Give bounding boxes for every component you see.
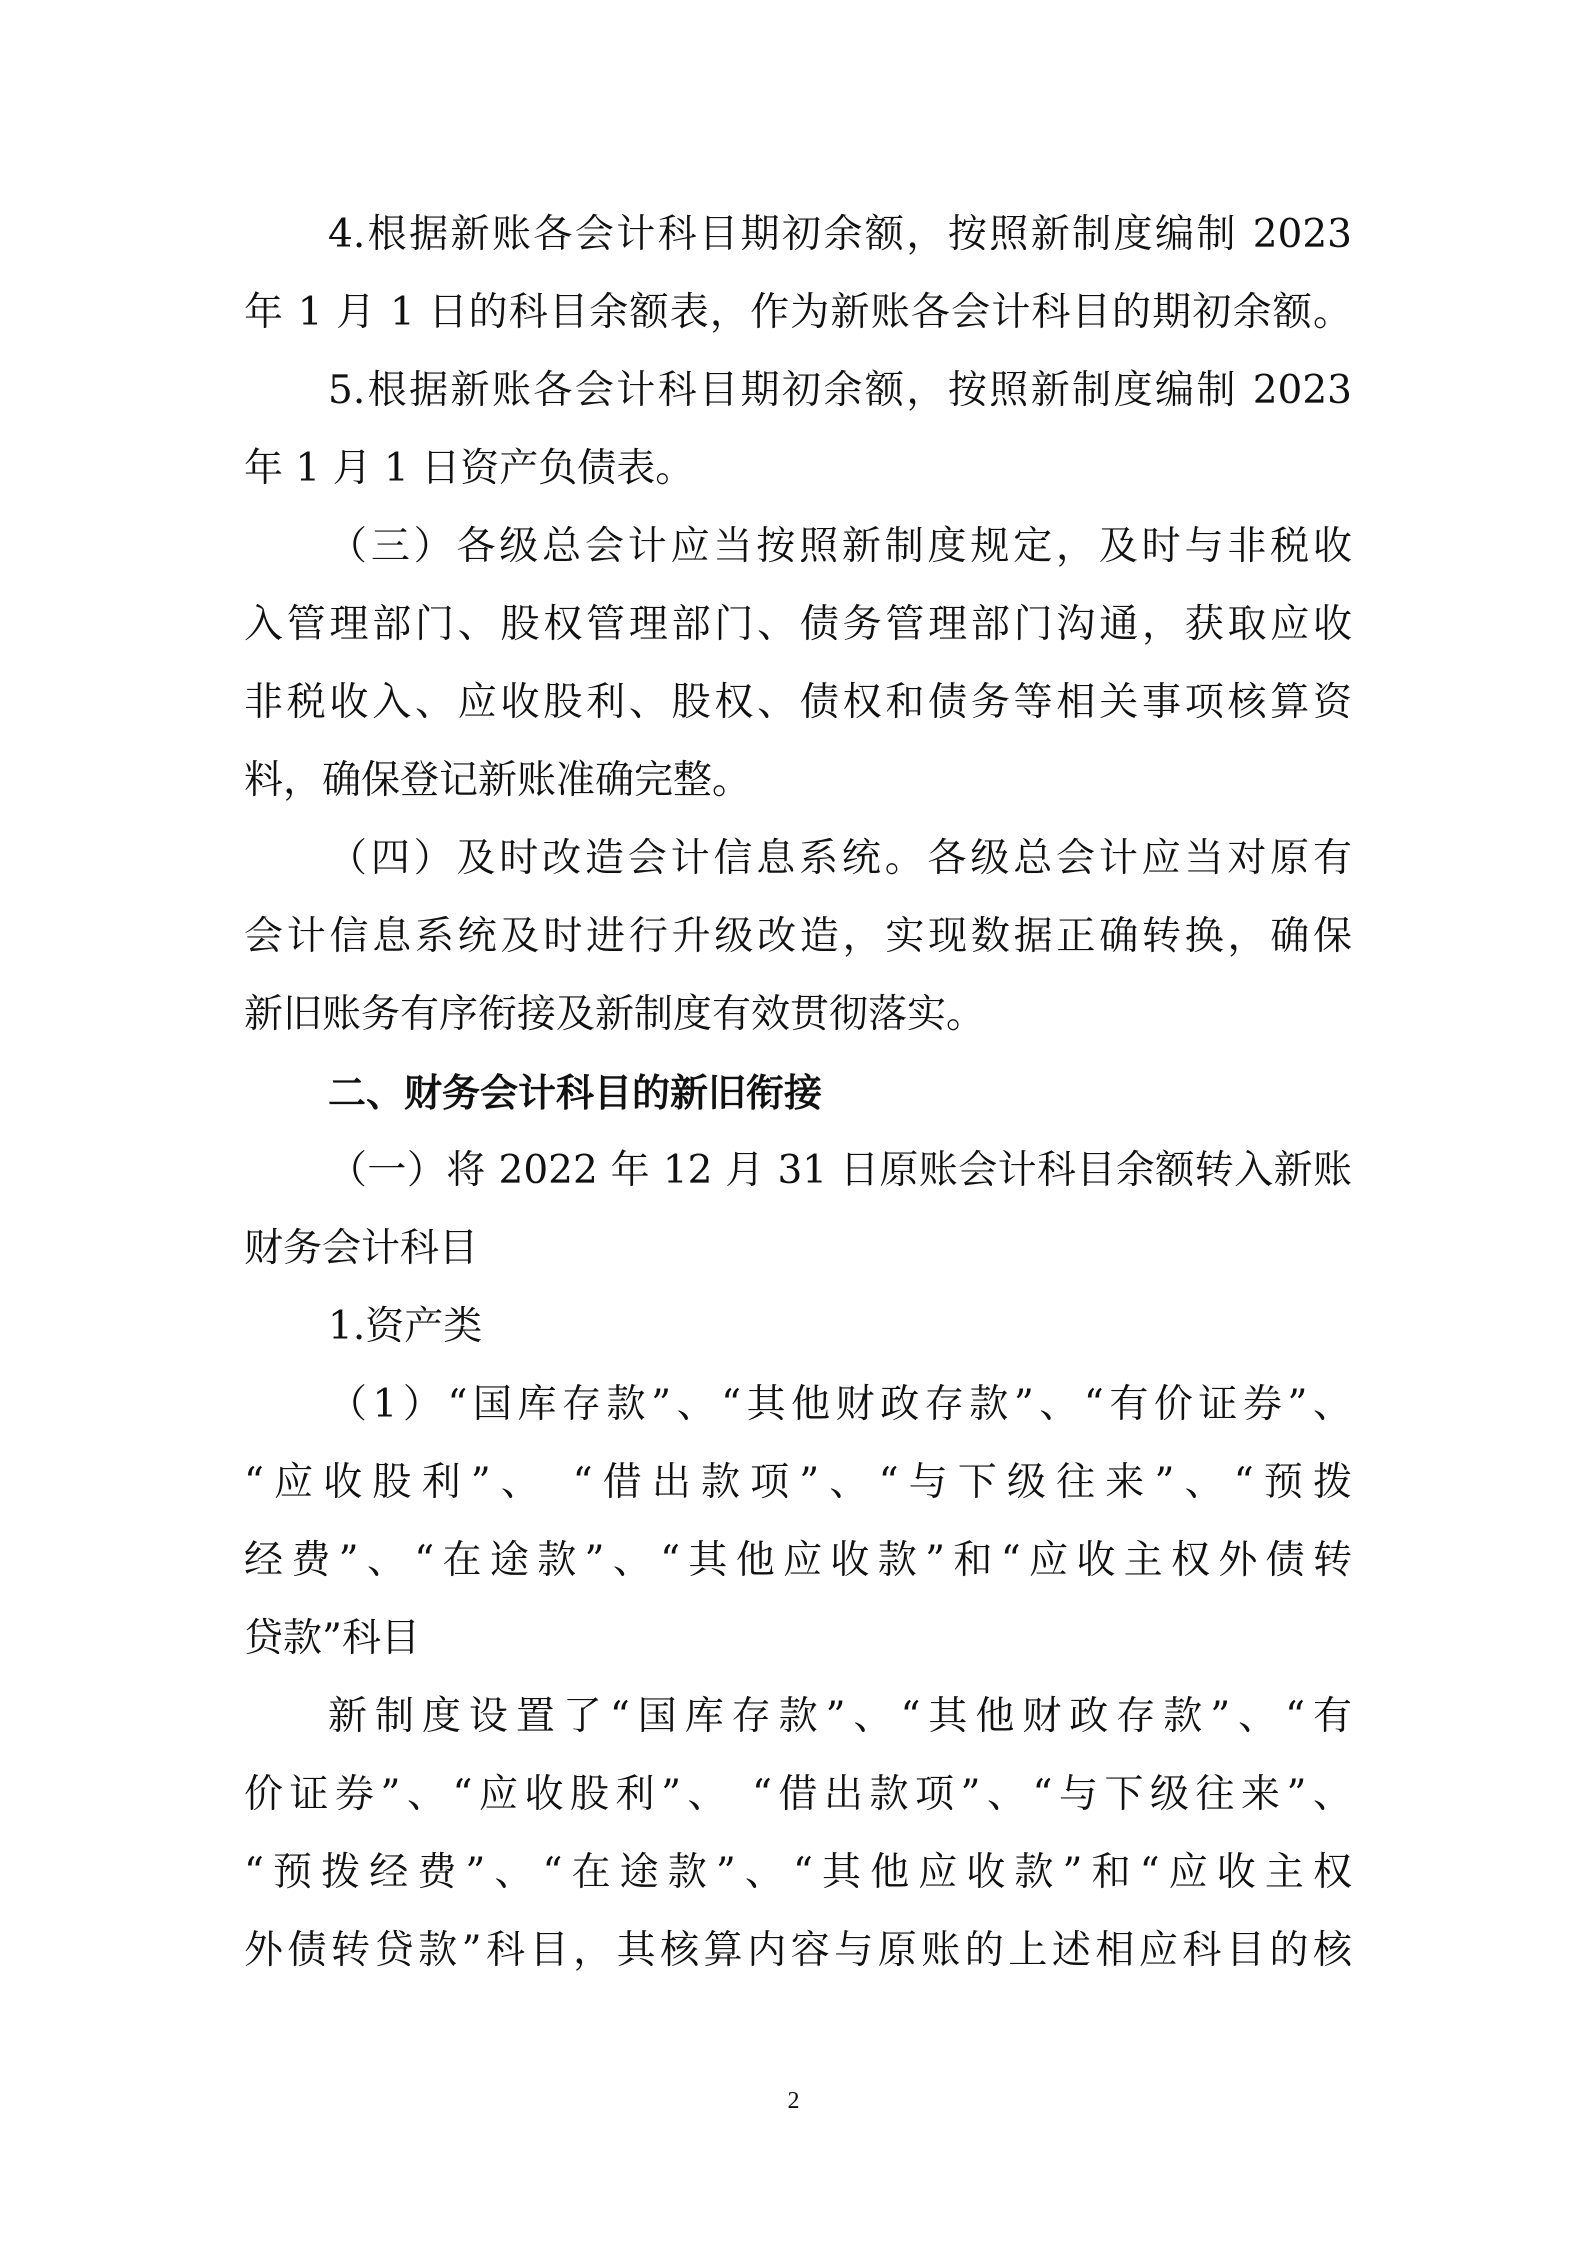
new-system-line-1: 新制度设置了“国库存款”、“其他财政存款”、“有 — [328, 1687, 1352, 1747]
section-4-line-1: （四）及时改造会计信息系统。各级总会计应当对原有 — [328, 829, 1352, 889]
document-page: 4.根据新账各会计科目期初余额，按照新制度编制 2023 年 1 月 1 日的科… — [0, 0, 1587, 2245]
section-4-line-3: 新旧账务有序衔接及新制度有效贯彻落实。 — [244, 985, 1352, 1045]
item-1-line-2: “应收股利”、 “借出款项”、“与下级往来”、“预拨 — [244, 1453, 1352, 1513]
paragraph-5-line-2: 年 1 月 1 日资产负债表。 — [244, 439, 1352, 499]
item-1-line-3: 经费”、“在途款”、“其他应收款”和“应收主权外债转 — [244, 1531, 1352, 1591]
subsection-1-line-1: （一）将 2022 年 12 月 31 日原账会计科目余额转入新账 — [328, 1141, 1352, 1201]
paragraph-4-line-1: 4.根据新账各会计科目期初余额，按照新制度编制 2023 — [328, 205, 1352, 265]
new-system-line-2: 价证券”、“应收股利”、 “借出款项”、“与下级往来”、 — [244, 1765, 1352, 1825]
paragraph-4-line-2: 年 1 月 1 日的科目余额表，作为新账各会计科目的期初余额。 — [244, 283, 1352, 343]
paragraph-5-line-1: 5.根据新账各会计科目期初余额，按照新制度编制 2023 — [328, 361, 1352, 421]
section-3-line-4: 料，确保登记新账准确完整。 — [244, 751, 1352, 811]
section-3-line-1: （三）各级总会计应当按照新制度规定，及时与非税收 — [328, 517, 1352, 577]
section-heading-2: 二、财务会计科目的新旧衔接 — [328, 1063, 1352, 1123]
item-1-line-4: 贷款”科目 — [244, 1609, 1352, 1669]
subsection-1-line-2: 财务会计科目 — [244, 1219, 1352, 1279]
section-3-line-3: 非税收入、应收股利、股权、债权和债务等相关事项核算资 — [244, 673, 1352, 733]
item-assets-heading: 1.资产类 — [328, 1297, 1352, 1357]
page-number: 2 — [0, 2088, 1587, 2115]
new-system-line-4: 外债转贷款”科目，其核算内容与原账的上述相应科目的核 — [244, 1921, 1352, 1981]
item-1-line-1: （1）“国库存款”、“其他财政存款”、“有价证券”、 — [328, 1375, 1352, 1435]
section-3-line-2: 入管理部门、股权管理部门、债务管理部门沟通，获取应收 — [244, 595, 1352, 655]
new-system-line-3: “预拨经费”、“在途款”、“其他应收款”和“应收主权 — [244, 1843, 1352, 1903]
section-4-line-2: 会计信息系统及时进行升级改造，实现数据正确转换，确保 — [244, 907, 1352, 967]
